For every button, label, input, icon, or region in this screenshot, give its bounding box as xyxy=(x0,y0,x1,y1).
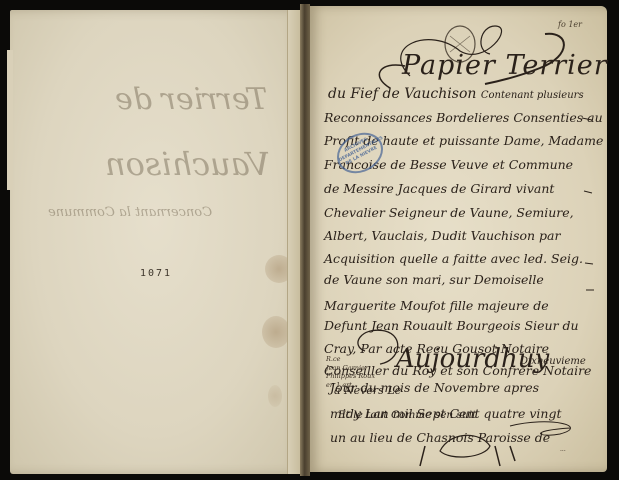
subtitle-main: du Fief de Vauchison xyxy=(328,86,476,102)
text-line: a Nevers Le xyxy=(334,384,401,397)
right-page: fo 1er Papier Terrier du Fief de Vauchis… xyxy=(310,6,607,472)
text-line: Reconnoissances Bordelieres Consenties a… xyxy=(324,110,603,125)
text-line: de Vaune son mari, sur Demoiselle xyxy=(324,272,544,287)
text-line: Chevalier Seigneur de Vaune, Semiure, xyxy=(324,205,574,220)
document-subtitle: du Fief de Vauchison Contenant plusieurs xyxy=(328,86,584,102)
pencil-number: 1071 xyxy=(140,268,172,279)
text-line: Defunt Jean Rouault Bourgeois Sieur du xyxy=(324,318,579,333)
signature-mark: ... xyxy=(560,446,566,453)
text-line: Albert, Vauclais, Dudit Vauchison par xyxy=(324,228,560,243)
stain-mark xyxy=(262,316,290,348)
text-line: Et le tout Comme sen suit xyxy=(338,409,476,421)
subtitle-tail: Contenant plusieurs xyxy=(481,90,584,101)
text-line: Acquisition quelle a faitte avec led. Se… xyxy=(324,251,583,266)
text-line: Conseiller du Roy et son Confrere Notair… xyxy=(324,363,591,378)
left-page: Terrier de Vauchison Concernant la Commu… xyxy=(10,10,300,474)
bleed-through-line: Concernant la Commune xyxy=(48,205,212,220)
stain-mark xyxy=(268,385,282,407)
text-line: Marguerite Moufot fille majeure de xyxy=(324,298,549,313)
folio-number: fo 1er xyxy=(558,20,582,29)
text-line: Cray, Par acte Recu Gousot Notaire xyxy=(324,341,549,356)
bleed-through-name: Vauchison xyxy=(105,145,270,183)
document-title: Papier Terrier xyxy=(402,50,608,81)
manuscript-spread: Terrier de Vauchison Concernant la Commu… xyxy=(0,0,619,480)
bleed-through-title: Terrier de xyxy=(115,82,267,117)
text-line: de Messire Jacques de Girard vivant xyxy=(324,181,554,196)
page-fold-edge xyxy=(287,10,300,474)
book-gutter xyxy=(300,4,310,476)
closing-line: un au lieu de Chasnois Paroisse de xyxy=(330,430,550,445)
